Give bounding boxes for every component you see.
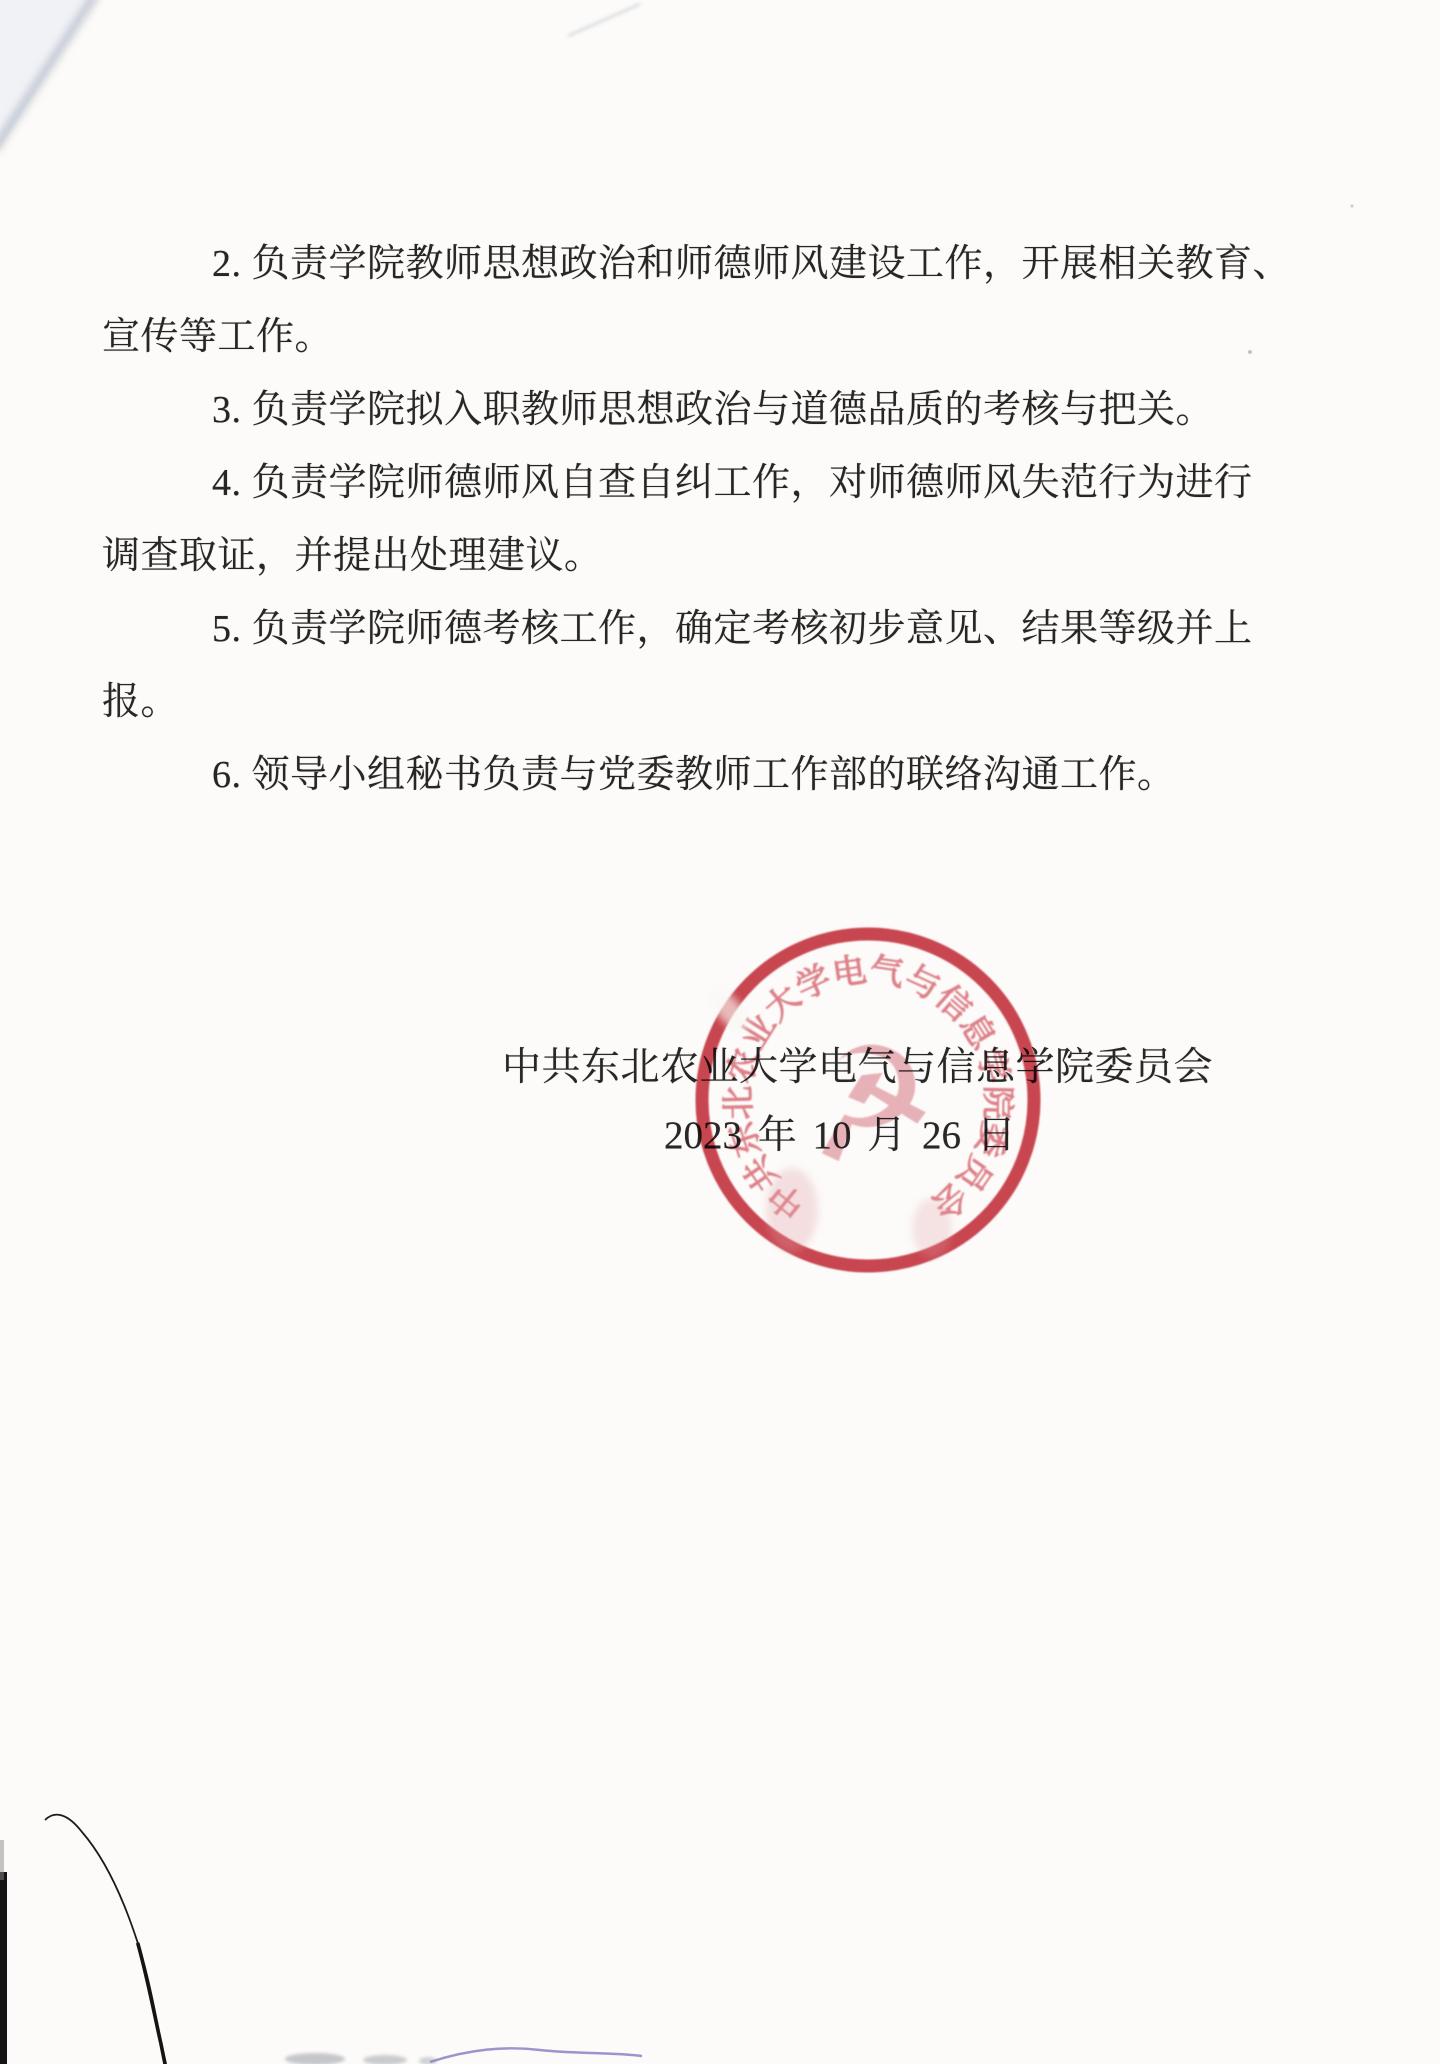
body-line: 3. 负责学院拟入职教师思想政治与道德品质的考核与把关。 xyxy=(102,374,1418,447)
scan-edge-bar xyxy=(0,1840,4,1880)
scan-fold-shadow xyxy=(0,0,92,148)
scan-hair-line xyxy=(138,1944,165,2064)
body-line: 2. 负责学院教师思想政治和师德师风建设工作，开展相关教育、 xyxy=(102,228,1418,301)
scan-fold-shadow xyxy=(0,0,96,150)
seal-ring-char: 会 xyxy=(923,1174,975,1226)
body-line: 报。 xyxy=(102,666,1418,739)
date-line: 2023 年 10 月 26 日 xyxy=(664,1114,1016,1158)
scan-scratch xyxy=(568,4,640,36)
scan-smudge xyxy=(419,2057,437,2064)
seal-ring-char: 中 xyxy=(761,1174,813,1226)
signature-line: 中共东北农业大学电气与信息学院委员会 xyxy=(502,1047,1213,1089)
scan-hair-line xyxy=(45,1815,166,2064)
body-line: 调查取证，并提出处理建议。 xyxy=(102,520,1418,593)
body-text: 2. 负责学院教师思想政治和师德师风建设工作，开展相关教育、 宣传等工作。 3.… xyxy=(102,228,1418,812)
seal-ring-break xyxy=(703,982,755,1037)
seal-ring-char: 与 xyxy=(898,958,946,1009)
seal-ring-char: 电 xyxy=(830,950,869,994)
seal-ring-char: 信 xyxy=(927,977,979,1029)
seal-ring-char: 学 xyxy=(790,958,838,1009)
seal-smudge xyxy=(912,1198,952,1258)
body-line: 6. 领导小组秘书负责与党委教师工作部的联络沟通工作。 xyxy=(102,739,1418,812)
seal-ring xyxy=(702,934,1034,1266)
seal-ring-char: 气 xyxy=(867,950,906,994)
seal-smudge xyxy=(766,1168,818,1252)
dust-speck xyxy=(1350,204,1353,207)
seal-ring-char: 大 xyxy=(757,977,809,1029)
pen-stroke xyxy=(430,2048,642,2062)
party-emblem-icon: ☭ xyxy=(787,1007,950,1202)
body-line: 宣传等工作。 xyxy=(102,301,1418,374)
scan-smudge xyxy=(363,2055,407,2064)
scan-smudge xyxy=(285,2053,345,2064)
document-page: 2. 负责学院教师思想政治和师德师风建设工作，开展相关教育、 宣传等工作。 3.… xyxy=(0,0,1440,2064)
body-line: 4. 负责学院师德师风自查自纠工作，对师德师风失范行为进行 xyxy=(102,447,1418,520)
scan-edge-bar xyxy=(0,1872,7,2064)
official-seal: 中共东北农业大学电气与信息学院委员会 ☭ xyxy=(680,910,1060,1290)
body-line: 5. 负责学院师德考核工作，确定考核初步意见、结果等级并上 xyxy=(102,593,1418,666)
